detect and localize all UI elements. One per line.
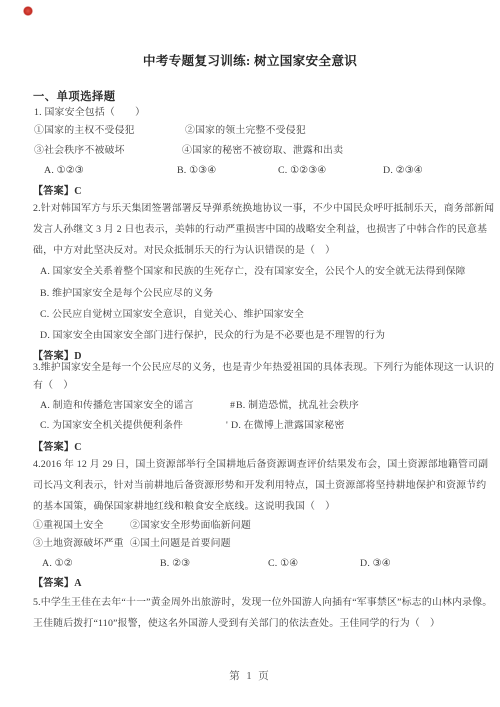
- question-3-options-row-1: A. 制造和传播危害国家安全的谣言 # B. 制造恐慌，扰乱社会秩序: [0, 399, 500, 413]
- question-2-option-d: D. 国家安全由国家安全部门进行保护，民众的行为是不必要也是不理智的行为: [40, 329, 385, 343]
- question-4-options-row: A. ①② B. ②③ C. ①④ D. ③④: [0, 557, 500, 571]
- question-4-stem-line-1: 4.2016 年 12 月 29 日，国土资源部举行全国耕地后备资源调查评价结果…: [33, 458, 488, 472]
- question-2-option-c: C. 公民应自觉树立国家安全意识，自觉关心、维护国家安全: [40, 308, 304, 322]
- question-4-items-row-1: ①重视国土安全 ②国家安全形势面临新问题: [0, 519, 500, 533]
- question-1-item-3: ③社会秩序不被破坏: [34, 144, 125, 158]
- question-1-stem: 1. 国家安全包括（ ）: [34, 106, 145, 120]
- question-1-items-row-2: ③社会秩序不被破坏 ④国家的秘密不被窃取、泄露和出卖: [0, 144, 500, 158]
- question-4-option-c: C. ①④: [268, 557, 298, 571]
- question-4-stem-line-3: 的基本国策，确保国家耕地红线和粮食安全底线。这说明我国（ ）: [33, 500, 335, 514]
- question-4-item-3: ③土地资源破坏严重: [33, 537, 124, 551]
- question-4-item-1: ①重视国土安全: [33, 519, 104, 533]
- question-2-option-a: A. 国家安全关系着整个国家和民族的生死存亡，没有国家安全，公民个人的安全就无法…: [40, 265, 466, 279]
- section-heading: 一、单项选择题: [33, 88, 116, 104]
- question-3-option-b: B. 制造恐慌，扰乱社会秩序: [236, 399, 359, 413]
- exam-title: 中考专题复习训练: 树立国家安全意识: [0, 50, 500, 69]
- page-number: 第 1 页: [0, 668, 500, 683]
- question-4-stem-line-2: 司长冯文利表示，针对当前耕地后备资源形势和开发利用特点，国土资源部将坚持耕地保护…: [33, 479, 486, 493]
- exam-page: 中考专题复习训练: 树立国家安全意识 一、单项选择题 1. 国家安全包括（ ） …: [0, 0, 500, 707]
- question-3-stem-line-2: 有（ ）: [33, 379, 73, 393]
- question-1-item-1: ①国家的主权不受侵犯: [34, 124, 135, 138]
- question-3-answer: 【答案】C: [33, 438, 82, 453]
- question-4-option-d: D. ③④: [360, 557, 391, 571]
- question-3-option-a: A. 制造和传播危害国家安全的谣言: [40, 399, 194, 413]
- question-1-option-d: D. ②③④: [383, 164, 423, 178]
- question-5-stem-line-2: 王佳随后拨打“110”报警，使这名外国游人受到有关部门的依法查处。王佳同学的行为…: [33, 617, 440, 631]
- question-1-option-c: C. ①②③④: [278, 164, 326, 178]
- question-2-stem-line-3: 础，中方对此坚决反对。对民众抵制乐天的行为认识错误的是（ ）: [33, 244, 335, 258]
- question-4-option-a: A. ①②: [42, 557, 73, 571]
- question-4-item-4: ④国土问题是首要问题: [130, 537, 231, 551]
- question-4-answer: 【答案】A: [33, 574, 82, 589]
- question-2-answer: 【答案】D: [33, 347, 82, 362]
- ink-speck: ': [226, 419, 228, 433]
- question-2-option-b: B. 维护国家安全是每个公民应尽的义务: [40, 287, 213, 301]
- question-4-items-row-2: ③土地资源破坏严重 ④国土问题是首要问题: [0, 537, 500, 551]
- question-1-item-4: ④国家的秘密不被窃取、泄露和出卖: [182, 144, 343, 158]
- question-1-option-a: A. ①②③: [44, 164, 84, 178]
- question-3-stem-line-1: 3.维护国家安全是每一个公民应尽的义务，也是青少年热爱祖国的具体表现。下列行为能…: [33, 361, 494, 375]
- question-1-items-row-1: ①国家的主权不受侵犯 ②国家的领土完整不受侵犯: [0, 124, 500, 138]
- question-3-option-d: D. 在微博上泄露国家秘密: [231, 419, 344, 433]
- question-1-option-b: B. ①③④: [177, 164, 216, 178]
- question-2-stem-line-1: 2.针对韩国军方与乐天集团签署部署反导弹系统换地协议一事，不少中国民众呼吁抵制乐…: [33, 202, 494, 216]
- question-1-answer: 【答案】C: [33, 182, 82, 197]
- question-2-stem-line-2: 发言人孙继文 3 月 2 日也表示，美韩的行动严重损害中国的战略安全利益，也损害…: [33, 223, 487, 237]
- question-3-options-row-2: C. 为国家安全机关提供便利条件 ' D. 在微博上泄露国家秘密: [0, 419, 500, 433]
- red-stamp-icon: [23, 6, 33, 16]
- question-5-stem-line-1: 5.中学生王佳在去年“十一”黄金周外出旅游时，发现一位外国游人向插有“军事禁区”…: [33, 596, 492, 610]
- question-4-option-b: B. ②③: [160, 557, 190, 571]
- ink-speck: #: [230, 399, 235, 413]
- question-3-option-c: C. 为国家安全机关提供便利条件: [40, 419, 183, 433]
- question-1-options-row: A. ①②③ B. ①③④ C. ①②③④ D. ②③④: [0, 164, 500, 178]
- question-1-item-2: ②国家的领土完整不受侵犯: [185, 124, 306, 138]
- question-4-item-2: ②国家安全形势面临新问题: [130, 519, 251, 533]
